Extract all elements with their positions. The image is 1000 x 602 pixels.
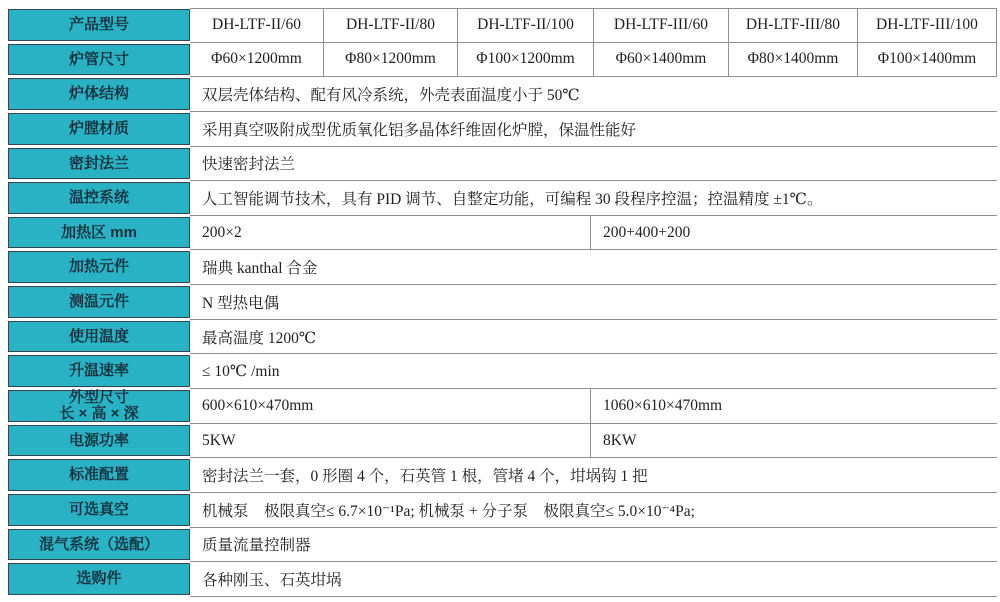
spec-cell: DH-LTF-II/100	[457, 9, 593, 42]
spec-cell: 瑞典 kanthal 合金	[190, 250, 997, 284]
spec-cell: DH-LTF-III/100	[857, 9, 996, 42]
spec-cell: Φ80×1400mm	[728, 43, 857, 77]
row-label-cell: 密封法兰	[8, 147, 190, 182]
spec-cell: DH-LTF-III/60	[593, 9, 728, 42]
row-data: 采用真空吸附成型优质氧化铝多晶体纤维固化炉膛，保温性能好	[190, 112, 997, 147]
row-label-cell: 混气系统（选配）	[8, 528, 190, 563]
spec-cell: 1060×610×470mm	[590, 389, 997, 423]
row-label: 标准配置	[8, 459, 190, 491]
row-label-cell: 使用温度	[8, 320, 190, 355]
table-row: 使用温度最高温度 1200℃	[8, 320, 997, 355]
page: { "theme": { "teal": "#29b2c3", "label_t…	[0, 0, 1000, 602]
spec-cell: 5KW	[190, 424, 590, 458]
spec-cell: 最高温度 1200℃	[190, 320, 997, 354]
spec-cell: 质量流量控制器	[190, 528, 997, 562]
table-row: 测温元件N 型热电偶	[8, 285, 997, 320]
row-label: 炉膛材质	[8, 113, 190, 145]
row-data: 瑞典 kanthal 合金	[190, 250, 997, 285]
spec-cell: N 型热电偶	[190, 285, 997, 319]
row-data: 600×610×470mm1060×610×470mm	[190, 389, 997, 424]
row-label-cell: 外型尺寸 长 × 高 × 深	[8, 389, 190, 424]
table-row: 选购件各种刚玉、石英坩埚	[8, 562, 997, 597]
row-label: 产品型号	[8, 9, 190, 41]
spec-cell: 200+400+200	[590, 216, 997, 250]
row-data: N 型热电偶	[190, 285, 997, 320]
table-row: 温控系统人工智能调节技术，具有 PID 调节、自整定功能，可编程 30 段程序控…	[8, 181, 997, 216]
row-label-cell: 可选真空	[8, 493, 190, 528]
row-data: 200×2200+400+200	[190, 216, 997, 251]
table-row: 电源功率5KW8KW	[8, 424, 997, 459]
spec-cell: Φ100×1400mm	[857, 43, 996, 77]
table-row: 炉膛材质采用真空吸附成型优质氧化铝多晶体纤维固化炉膛，保温性能好	[8, 112, 997, 147]
row-label: 选购件	[8, 563, 190, 595]
spec-cell: DH-LTF-III/80	[728, 9, 857, 42]
row-label-cell: 选购件	[8, 562, 190, 597]
row-label-cell: 测温元件	[8, 285, 190, 320]
row-label: 可选真空	[8, 494, 190, 526]
spec-cell: Φ80×1200mm	[323, 43, 457, 77]
spec-cell: 各种刚玉、石英坩埚	[190, 562, 997, 596]
row-label-cell: 产品型号	[8, 8, 190, 43]
row-label-cell: 炉管尺寸	[8, 43, 190, 78]
row-label: 使用温度	[8, 321, 190, 353]
spec-cell: Φ60×1400mm	[593, 43, 728, 77]
spec-cell: Φ100×1200mm	[457, 43, 593, 77]
row-label: 温控系统	[8, 182, 190, 214]
spec-cell: 600×610×470mm	[190, 389, 590, 423]
row-data: 快速密封法兰	[190, 147, 997, 182]
spec-table: 产品型号DH-LTF-II/60DH-LTF-II/80DH-LTF-II/10…	[8, 8, 997, 597]
row-data: 机械泵 极限真空≤ 6.7×10⁻¹Pa; 机械泵 + 分子泵 极限真空≤ 5.…	[190, 493, 997, 528]
row-label: 加热区 mm	[8, 217, 190, 249]
row-label-cell: 加热元件	[8, 250, 190, 285]
table-row: 加热区 mm200×2200+400+200	[8, 216, 997, 251]
row-label: 测温元件	[8, 286, 190, 318]
row-label: 炉体结构	[8, 78, 190, 110]
table-row: 升温速率≤ 10℃ /min	[8, 354, 997, 389]
row-label-cell: 升温速率	[8, 354, 190, 389]
table-row: 炉体结构双层壳体结构、配有风冷系统，外壳表面温度小于 50℃	[8, 77, 997, 112]
row-label: 炉管尺寸	[8, 44, 190, 76]
spec-cell: 机械泵 极限真空≤ 6.7×10⁻¹Pa; 机械泵 + 分子泵 极限真空≤ 5.…	[190, 493, 997, 527]
row-data: Φ60×1200mmΦ80×1200mmΦ100×1200mmΦ60×1400m…	[190, 43, 997, 78]
spec-cell: DH-LTF-II/60	[190, 9, 323, 42]
row-label: 加热元件	[8, 251, 190, 283]
row-label: 升温速率	[8, 355, 190, 387]
row-label: 混气系统（选配）	[8, 529, 190, 561]
spec-cell: 采用真空吸附成型优质氧化铝多晶体纤维固化炉膛，保温性能好	[190, 112, 997, 146]
table-row: 加热元件瑞典 kanthal 合金	[8, 250, 997, 285]
row-label: 电源功率	[8, 425, 190, 457]
spec-cell: 8KW	[590, 424, 997, 458]
row-label-cell: 加热区 mm	[8, 216, 190, 251]
row-label: 外型尺寸 长 × 高 × 深	[8, 390, 190, 422]
row-data: 密封法兰一套，0 形圈 4 个，石英管 1 根，管堵 4 个，坩埚钩 1 把	[190, 458, 997, 493]
spec-cell: ≤ 10℃ /min	[190, 354, 997, 388]
table-row: 密封法兰快速密封法兰	[8, 147, 997, 182]
table-row: 产品型号DH-LTF-II/60DH-LTF-II/80DH-LTF-II/10…	[8, 8, 997, 43]
row-label: 密封法兰	[8, 148, 190, 180]
spec-cell: 双层壳体结构、配有风冷系统，外壳表面温度小于 50℃	[190, 77, 997, 111]
spec-cell: DH-LTF-II/80	[323, 9, 457, 42]
spec-cell: 密封法兰一套，0 形圈 4 个，石英管 1 根，管堵 4 个，坩埚钩 1 把	[190, 458, 997, 492]
table-row: 标准配置密封法兰一套，0 形圈 4 个，石英管 1 根，管堵 4 个，坩埚钩 1…	[8, 458, 997, 493]
table-row: 混气系统（选配）质量流量控制器	[8, 528, 997, 563]
row-data: 人工智能调节技术，具有 PID 调节、自整定功能，可编程 30 段程序控温；控温…	[190, 181, 997, 216]
row-label-cell: 电源功率	[8, 424, 190, 459]
row-data: 5KW8KW	[190, 424, 997, 459]
spec-cell: 快速密封法兰	[190, 147, 997, 181]
spec-cell: 200×2	[190, 216, 590, 250]
spec-cell: Φ60×1200mm	[190, 43, 323, 77]
row-data: 质量流量控制器	[190, 528, 997, 563]
row-label-cell: 标准配置	[8, 458, 190, 493]
table-row: 外型尺寸 长 × 高 × 深600×610×470mm1060×610×470m…	[8, 389, 997, 424]
row-data: 各种刚玉、石英坩埚	[190, 562, 997, 597]
table-row: 可选真空机械泵 极限真空≤ 6.7×10⁻¹Pa; 机械泵 + 分子泵 极限真空…	[8, 493, 997, 528]
row-data: ≤ 10℃ /min	[190, 354, 997, 389]
row-label-cell: 温控系统	[8, 181, 190, 216]
row-data: 最高温度 1200℃	[190, 320, 997, 355]
row-data: DH-LTF-II/60DH-LTF-II/80DH-LTF-II/100DH-…	[190, 8, 997, 43]
row-data: 双层壳体结构、配有风冷系统，外壳表面温度小于 50℃	[190, 77, 997, 112]
table-row: 炉管尺寸Φ60×1200mmΦ80×1200mmΦ100×1200mmΦ60×1…	[8, 43, 997, 78]
spec-cell: 人工智能调节技术，具有 PID 调节、自整定功能，可编程 30 段程序控温；控温…	[190, 181, 997, 215]
row-label-cell: 炉膛材质	[8, 112, 190, 147]
row-label-cell: 炉体结构	[8, 77, 190, 112]
